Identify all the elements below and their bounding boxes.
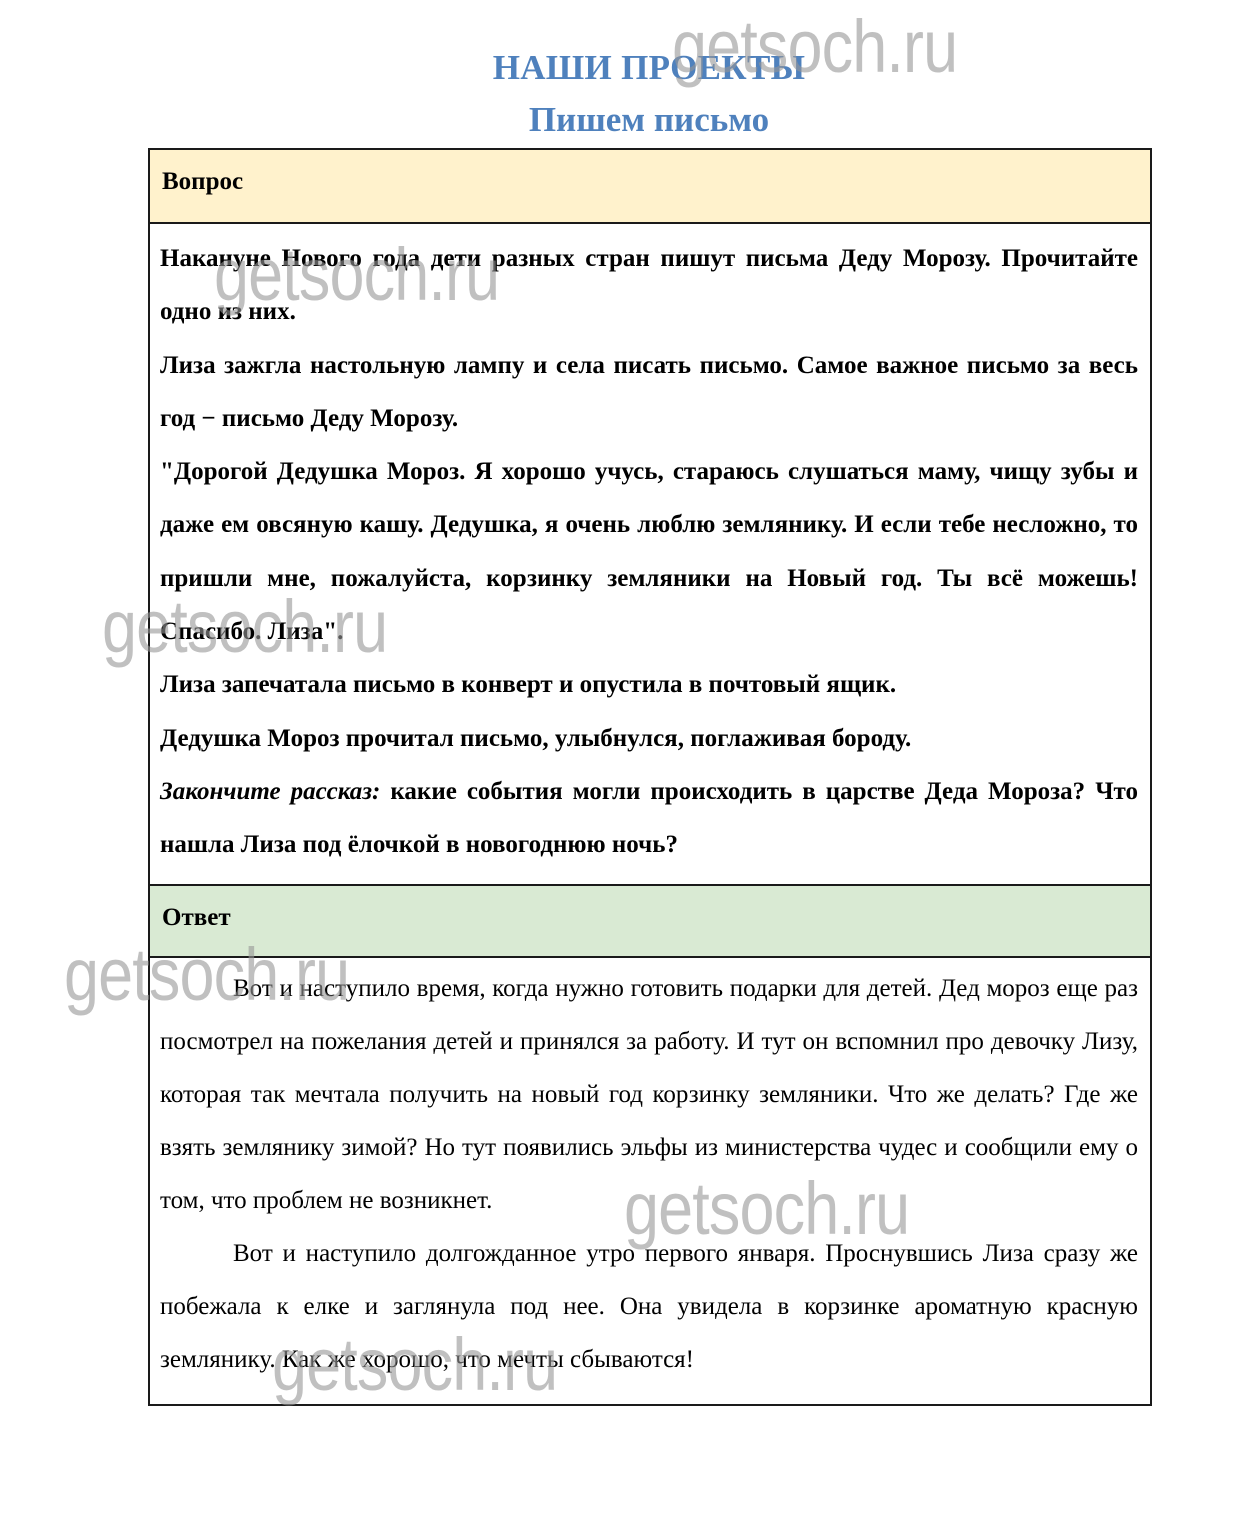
question-header: Вопрос [150, 150, 1150, 224]
question-body: Накануне Нового года дети разных стран п… [150, 224, 1150, 884]
question-paragraph: Дедушка Мороз прочитал письмо, улыбнулся… [160, 712, 1138, 765]
answer-paragraph: Вот и наступило время, когда нужно готов… [160, 962, 1138, 1227]
task-label: Закончите рассказ: [160, 778, 380, 805]
page-header: НАШИ ПРОЕКТЫ Пишем письмо [148, 42, 1150, 146]
answer-paragraph: Вот и наступило долгожданное утро первог… [160, 1227, 1138, 1386]
question-task: Закончите рассказ: какие события могли п… [160, 765, 1138, 872]
page-subtitle: Пишем письмо [148, 94, 1150, 146]
question-paragraph: Лиза зажгла настольную лампу и села писа… [160, 339, 1138, 446]
answer-body: Вот и наступило время, когда нужно готов… [150, 958, 1150, 1404]
question-paragraph: "Дорогой Дедушка Мороз. Я хорошо учусь, … [160, 445, 1138, 658]
answer-header: Ответ [150, 884, 1150, 958]
question-paragraph: Накануне Нового года дети разных стран п… [160, 232, 1138, 339]
question-paragraph: Лиза запечатала письмо в конверт и опуст… [160, 658, 1138, 711]
page-title: НАШИ ПРОЕКТЫ [148, 42, 1150, 94]
qa-card: Вопрос Накануне Нового года дети разных … [148, 148, 1152, 1406]
